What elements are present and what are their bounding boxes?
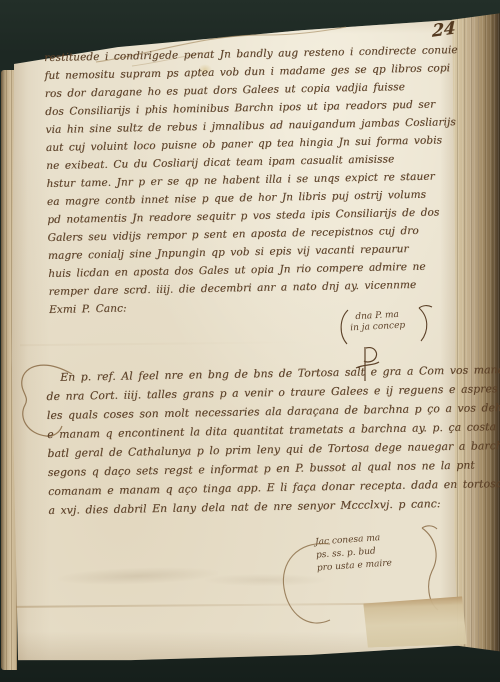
book-fore-edge	[450, 12, 500, 654]
text-block-latin: restituede i condirigede penat Jn bandly…	[44, 41, 459, 319]
margin-note-registration: dna P. ma in ja concep	[349, 310, 405, 335]
bracket-right-icon	[416, 304, 434, 344]
notary-flourish-left-icon	[278, 536, 336, 636]
bracket-left-icon	[336, 308, 350, 346]
folio-number: 24	[432, 18, 456, 42]
manuscript-scan: restituede i condirigede penat Jn bandly…	[0, 0, 500, 682]
text-block-catalan: En p. ref. Al feel nre en bng de bns de …	[46, 361, 461, 520]
repair-patch	[363, 596, 467, 648]
